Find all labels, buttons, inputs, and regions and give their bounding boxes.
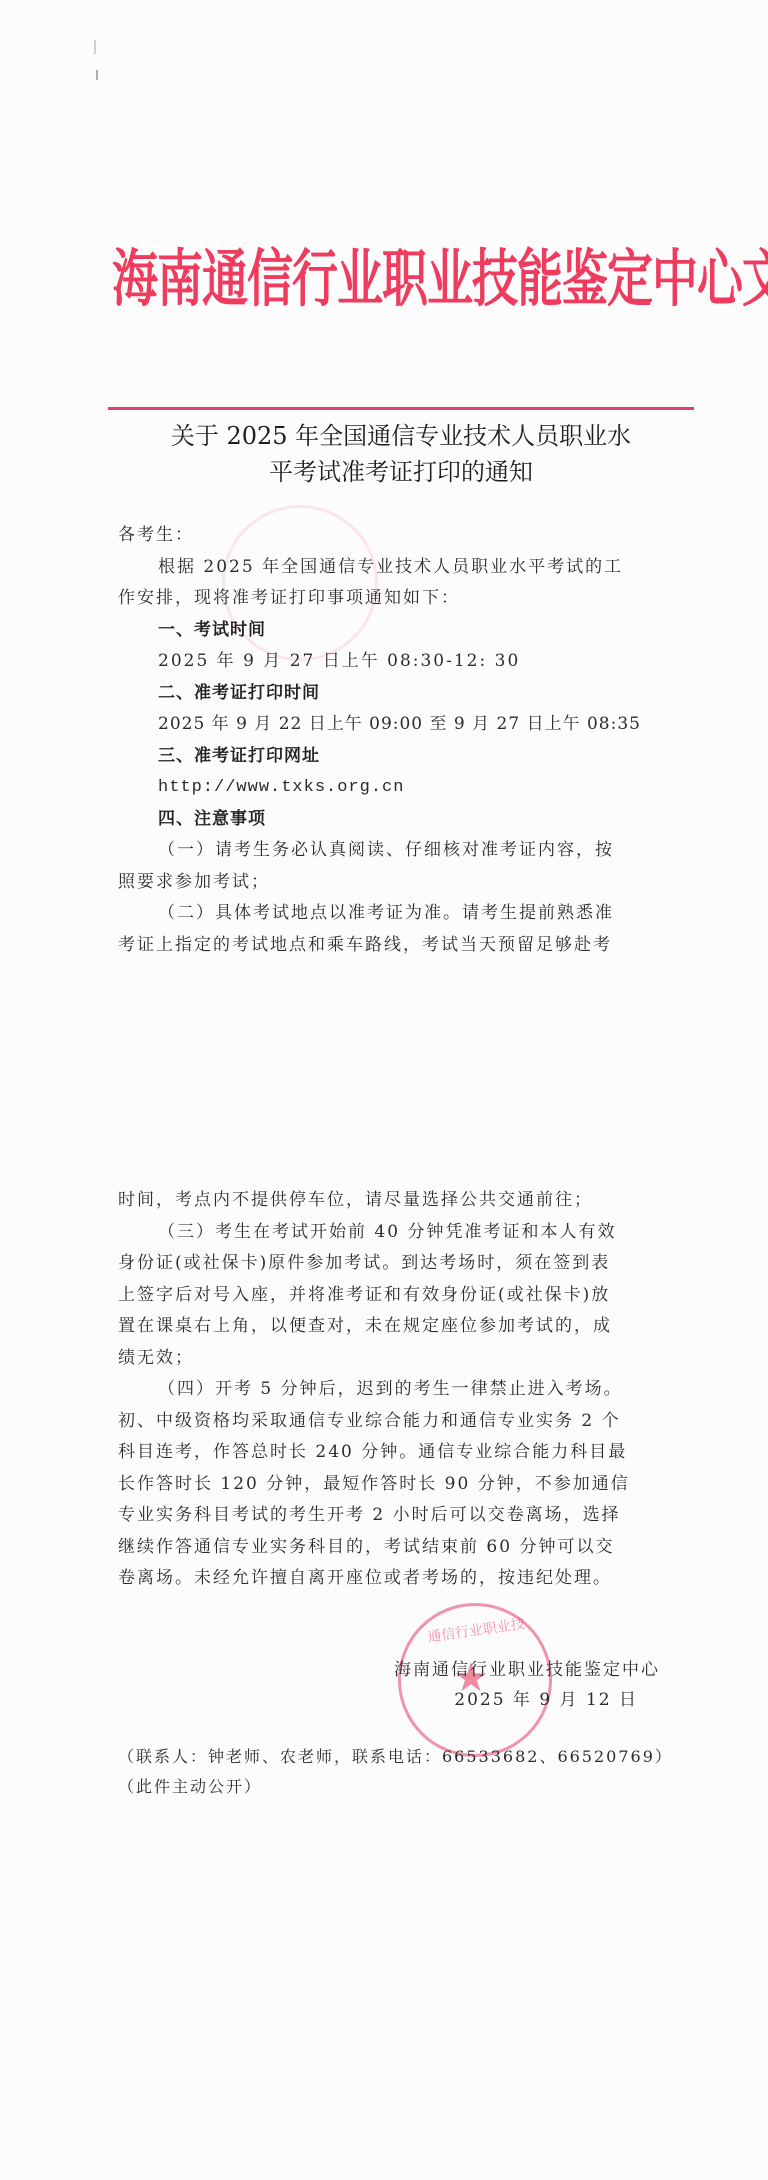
note-item-4-cont: 专业实务科目考试的考生开考 2 小时后可以交卷离场，选择 bbox=[118, 1500, 658, 1532]
print-url-link[interactable]: http://www.txks.org.cn bbox=[118, 772, 658, 804]
section-heading-notes: 四、注意事项 bbox=[118, 804, 658, 836]
note-item-4-cont: 科目连考，作答总时长 240 分钟。通信专业综合能力科目最 bbox=[118, 1437, 658, 1469]
section-heading-print-time: 二、准考证打印时间 bbox=[118, 678, 658, 710]
section-heading-print-url: 三、准考证打印网址 bbox=[118, 741, 658, 773]
note-item-4: （四）开考 5 分钟后，迟到的考生一律禁止进入考场。 bbox=[118, 1374, 658, 1406]
note-item-2-cont: 考证上指定的考试地点和乘车路线，考试当天预留足够赴考 bbox=[118, 930, 658, 962]
signing-organization: 海南通信行业职业技能鉴定中心 bbox=[340, 1655, 660, 1685]
note-item-2: （二）具体考试地点以准考证为准。请考生提前熟悉准 bbox=[118, 898, 658, 930]
note-item-4-cont: 卷离场。未经允许擅自离开座位或者考场的，按违纪处理。 bbox=[118, 1563, 658, 1595]
print-time-value: 2025 年 9 月 22 日上午 09:00 至 9 月 27 日上午 08:… bbox=[118, 709, 658, 741]
notice-body-bottom: 时间，考点内不提供停车位，请尽量选择公共交通前往； （三）考生在考试开始前 40… bbox=[118, 1185, 658, 1595]
note-item-4-cont: 长作答时长 120 分钟，最短作答时长 90 分钟，不参加通信 bbox=[118, 1469, 658, 1501]
section-heading-exam-time: 一、考试时间 bbox=[118, 615, 658, 647]
document-title-line1: 关于 2025 年全国通信专业技术人员职业水 bbox=[108, 418, 694, 454]
note-item-1: （一）请考生务必认真阅读、仔细核对准考证内容，按 bbox=[118, 835, 658, 867]
exam-time-value: 2025 年 9 月 27 日上午 08:30-12: 30 bbox=[118, 646, 658, 678]
note-item-3-cont: 上签字后对号入座，并将准考证和有效身份证(或社保卡)放 bbox=[118, 1280, 658, 1312]
signature-block: 海南通信行业职业技能鉴定中心 2025 年 9 月 12 日 bbox=[340, 1655, 660, 1715]
signing-date: 2025 年 9 月 12 日 bbox=[340, 1685, 660, 1715]
note-item-2-cont: 时间，考点内不提供停车位，请尽量选择公共交通前往； bbox=[118, 1185, 658, 1217]
org-file-title: 海南通信行业职业技能鉴定中心文件 bbox=[112, 230, 692, 319]
note-item-1-cont: 照要求参加考试； bbox=[118, 867, 658, 899]
seal-text: 通信行业职业技 bbox=[426, 1613, 526, 1646]
note-item-3-cont: 身份证(或社保卡)原件参加考试。到达考场时，须在签到表 bbox=[118, 1248, 658, 1280]
intro-line: 作安排，现将准考证打印事项通知如下： bbox=[118, 583, 658, 615]
intro-line: 根据 2025 年全国通信专业技术人员职业水平考试的工 bbox=[118, 552, 658, 584]
disclosure-note: （此件主动公开） bbox=[118, 1772, 678, 1802]
document-title-line2: 平考试准考证打印的通知 bbox=[108, 454, 694, 490]
footer: （联系人：钟老师、农老师，联系电话：66533682、66520769） （此件… bbox=[118, 1742, 678, 1802]
note-item-3: （三）考生在考试开始前 40 分钟凭准考证和本人有效 bbox=[118, 1217, 658, 1249]
note-item-4-cont: 继续作答通信专业实务科目的，考试结束前 60 分钟可以交 bbox=[118, 1532, 658, 1564]
scan-mark bbox=[96, 70, 98, 80]
notice-body-top: 各考生： 根据 2025 年全国通信专业技术人员职业水平考试的工 作安排，现将准… bbox=[118, 520, 658, 961]
contact-info: （联系人：钟老师、农老师，联系电话：66533682、66520769） bbox=[118, 1742, 678, 1772]
salutation: 各考生： bbox=[118, 520, 658, 552]
document-title: 关于 2025 年全国通信专业技术人员职业水 平考试准考证打印的通知 bbox=[108, 418, 694, 490]
note-item-4-cont: 初、中级资格均采取通信专业综合能力和通信专业实务 2 个 bbox=[118, 1406, 658, 1438]
note-item-3-cont: 绩无效； bbox=[118, 1343, 658, 1375]
document-page: 海南通信行业职业技能鉴定中心文件 关于 2025 年全国通信专业技术人员职业水 … bbox=[0, 0, 768, 2180]
scan-mark bbox=[94, 40, 96, 54]
note-item-3-cont: 置在课桌右上角，以便查对，未在规定座位参加考试的，成 bbox=[118, 1311, 658, 1343]
red-divider bbox=[108, 407, 694, 410]
